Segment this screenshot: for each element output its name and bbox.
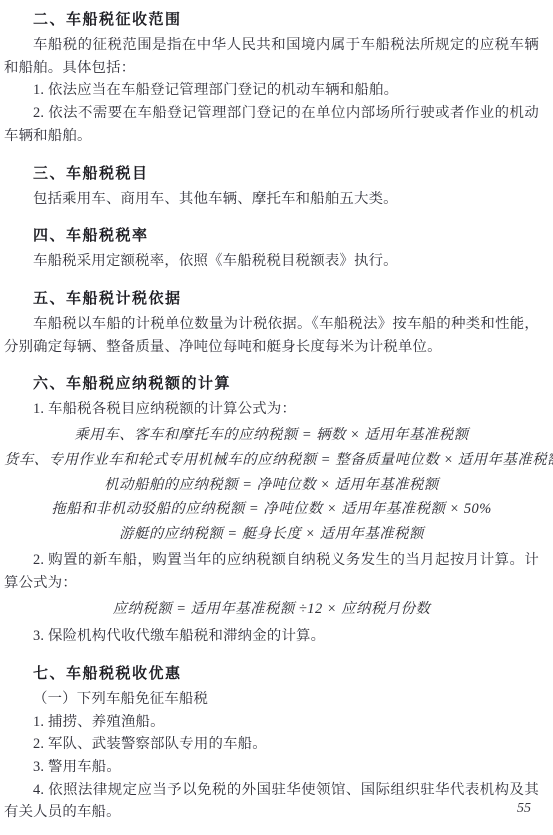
paragraph: 1. 依法应当在车船登记管理部门登记的机动车辆和船舶。 bbox=[4, 79, 539, 102]
section-heading: 三、车船税税目 bbox=[33, 164, 539, 184]
formula-block: 乘用车、客车和摩托车的应纳税额 = 辆数 × 适用年基准税额 货车、专用作业车和… bbox=[4, 423, 539, 547]
page-number: 55 bbox=[517, 801, 531, 817]
formula-line: 拖船和非机动驳船的应纳税额 = 净吨位数 × 适用年基准税额 × 50% bbox=[4, 497, 539, 522]
paragraph: 车船税的征税范围是指在中华人民共和国境内属于车船税法所规定的应税车辆和船舶。具体… bbox=[4, 34, 539, 79]
paragraph: 2. 军队、武装警察部队专用的车船。 bbox=[4, 733, 539, 756]
document-page: 二、车船税征收范围 车船税的征税范围是指在中华人民共和国境内属于车船税法所规定的… bbox=[0, 0, 553, 835]
formula-line: 货车、专用作业车和轮式专用机械车的应纳税额 = 整备质量吨位数 × 适用年基准税… bbox=[4, 448, 539, 473]
paragraph: 2. 依法不需要在车船登记管理部门登记的在单位内部场所行驶或者作业的机动车辆和船… bbox=[4, 102, 539, 147]
section-heading: 六、车船税应纳税额的计算 bbox=[33, 374, 539, 394]
paragraph: 车船税以车船的计税单位数量为计税依据。《车船税法》按车船的种类和性能，分别确定每… bbox=[4, 313, 539, 358]
paragraph: 4. 依照法律规定应当予以免税的外国驻华使领馆、国际组织驻华代表机构及其有关人员… bbox=[4, 779, 539, 824]
section-heading: 五、车船税计税依据 bbox=[33, 289, 539, 309]
section-heading: 七、车船税税收优惠 bbox=[33, 664, 539, 684]
formula-line: 应纳税额 = 适用年基准税额 ÷12 × 应纳税月份数 bbox=[4, 597, 539, 622]
formula-line: 游艇的应纳税额 = 艇身长度 × 适用年基准税额 bbox=[4, 522, 539, 547]
paragraph: （一）下列车船免征车船税 bbox=[4, 688, 539, 711]
formula-line: 乘用车、客车和摩托车的应纳税额 = 辆数 × 适用年基准税额 bbox=[4, 423, 539, 448]
section-heading: 二、车船税征收范围 bbox=[33, 10, 539, 30]
paragraph: 包括乘用车、商用车、其他车辆、摩托车和船舶五大类。 bbox=[4, 188, 539, 211]
paragraph: 3. 保险机构代收代缴车船税和滞纳金的计算。 bbox=[4, 625, 539, 648]
formula-block: 应纳税额 = 适用年基准税额 ÷12 × 应纳税月份数 bbox=[4, 597, 539, 622]
formula-line: 机动船舶的应纳税额 = 净吨位数 × 适用年基准税额 bbox=[4, 473, 539, 498]
section-heading: 四、车船税税率 bbox=[33, 226, 539, 246]
paragraph: 1. 捕捞、养殖渔船。 bbox=[4, 711, 539, 734]
paragraph: 3. 警用车船。 bbox=[4, 756, 539, 779]
paragraph: 车船税采用定额税率，依照《车船税税目税额表》执行。 bbox=[4, 250, 539, 273]
paragraph: 2. 购置的新车船，购置当年的应纳税额自纳税义务发生的当月起按月计算。计算公式为… bbox=[4, 549, 539, 594]
paragraph: 1. 车船税各税目应纳税额的计算公式为： bbox=[4, 398, 539, 421]
